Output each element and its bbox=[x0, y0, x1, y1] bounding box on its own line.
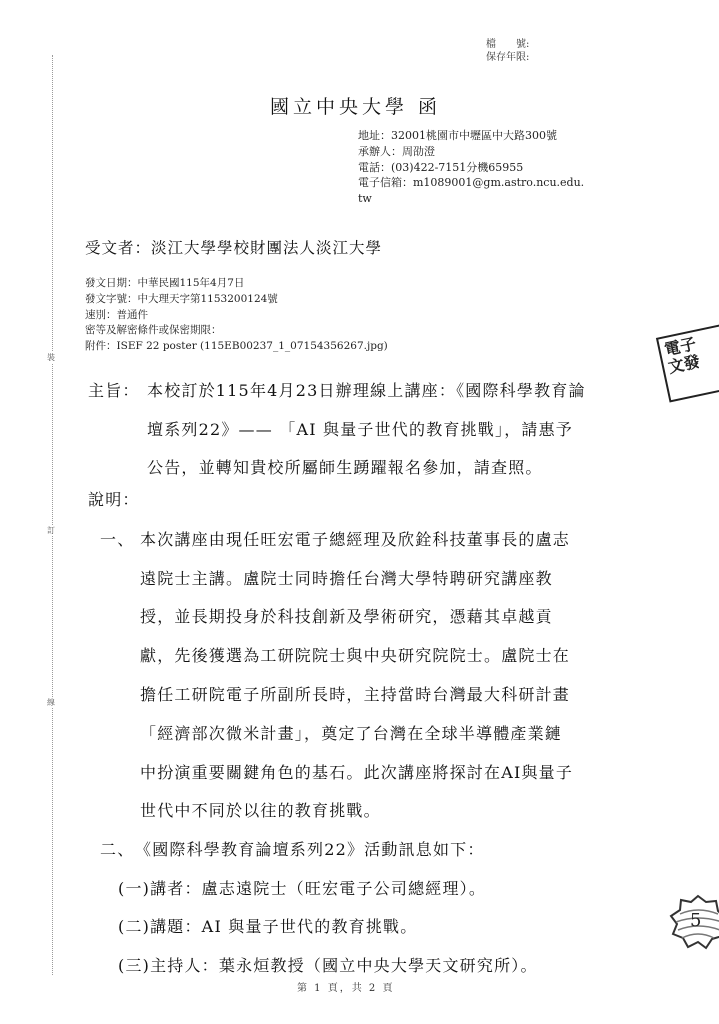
handler: 承辦人：周劭澄 bbox=[358, 144, 584, 160]
item-1-line: 世代中不同於以往的教育挑戰。 bbox=[140, 798, 381, 821]
binding-label-zhuang: 裝 bbox=[47, 352, 55, 363]
binding-label-xian: 線 bbox=[47, 697, 55, 708]
item-1-line: 本次講座由現任旺宏電子總經理及欣銓科技董事長的盧志 bbox=[140, 527, 570, 550]
item-2-text: 《國際科學教育論壇系列22》活動訊息如下： bbox=[135, 837, 485, 860]
document-number: 發文字號：中大理天字第1153200124號 bbox=[85, 292, 388, 308]
item-2-subitem: (三)主持人：葉永烜教授（國立中央大學天文研究所）。 bbox=[118, 953, 538, 976]
contact-block: 地址：32001桃園市中壢區中大路300號 承辦人：周劭澄 電話：(03)422… bbox=[358, 128, 584, 207]
binding-line bbox=[52, 55, 54, 975]
subject-line: 本校訂於115年4月23日辦理線上講座：《國際科學教育論 bbox=[147, 378, 586, 401]
subject-label: 主旨： bbox=[88, 378, 140, 401]
seal-number: 5 bbox=[690, 910, 701, 931]
item-2-marker: 二、 bbox=[100, 837, 134, 860]
subject-line: 公告，並轉知貴校所屬師生踴躍報名參加，請查照。 bbox=[147, 455, 543, 478]
recipient: 受文者：淡江大學學校財團法人淡江大學 bbox=[85, 236, 382, 258]
item-1-line: 擔任工研院電子所副所長時，主持當時台灣最大科研計畫 bbox=[140, 682, 570, 705]
page-seal-stamp: 5 bbox=[668, 892, 719, 952]
email-line-2: tw bbox=[358, 191, 584, 207]
item-2-subitem: (一)講者：盧志遠院士（旺宏電子公司總經理）。 bbox=[118, 876, 486, 899]
document-title: 國立中央大學 函 bbox=[270, 92, 441, 119]
address: 地址：32001桃園市中壢區中大路300號 bbox=[358, 128, 584, 144]
archive-info: 檔 號: 保存年限: bbox=[486, 38, 529, 64]
electronic-dispatch-stamp: 電子文發 bbox=[656, 323, 719, 402]
item-1-line: 獻，先後獲選為工研院院士與中央研究院院士。盧院士在 bbox=[140, 643, 570, 666]
explanation-label: 說明： bbox=[88, 487, 140, 510]
secrecy-level: 密等及解密條件或保密期限： bbox=[85, 323, 388, 339]
binding-label-ding: 訂 bbox=[47, 525, 55, 536]
attachment: 附件：ISEF 22 poster (115EB00237_1_07154356… bbox=[85, 339, 388, 355]
item-1-marker: 一、 bbox=[100, 527, 134, 550]
item-1-line: 中扮演重要關鍵角色的基石。此次講座將探討在AI與量子 bbox=[140, 760, 573, 783]
item-1-line: 「經濟部次微米計畫」，奠定了台灣在全球半導體產業鏈 bbox=[140, 721, 562, 744]
subject-line: 壇系列22》—— 「AI 與量子世代的教育挑戰」，請惠予 bbox=[147, 417, 573, 440]
item-1-line: 遠院士主講。盧院士同時擔任台灣大學特聘研究講座教 bbox=[140, 566, 553, 589]
retention-period-label: 保存年限: bbox=[486, 51, 529, 64]
document-meta: 發文日期：中華民國115年4月7日 發文字號：中大理天字第1153200124號… bbox=[85, 276, 388, 355]
stamp-text: 電子文發 bbox=[663, 333, 710, 377]
item-2-subitem: (二)講題：AI 與量子世代的教育挑戰。 bbox=[118, 914, 417, 937]
issue-date: 發文日期：中華民國115年4月7日 bbox=[85, 276, 388, 292]
file-number-label: 檔 號: bbox=[486, 38, 529, 51]
page-number: 第 1 頁，共 2 頁 bbox=[297, 979, 394, 994]
email-line-1: 電子信箱：m1089001@gm.astro.ncu.edu. bbox=[358, 175, 584, 191]
delivery-speed: 速別：普通件 bbox=[85, 308, 388, 324]
item-1-line: 授，並長期投身於科技創新及學術研究，憑藉其卓越貢 bbox=[140, 604, 553, 627]
phone: 電話：(03)422-7151分機65955 bbox=[358, 160, 584, 176]
